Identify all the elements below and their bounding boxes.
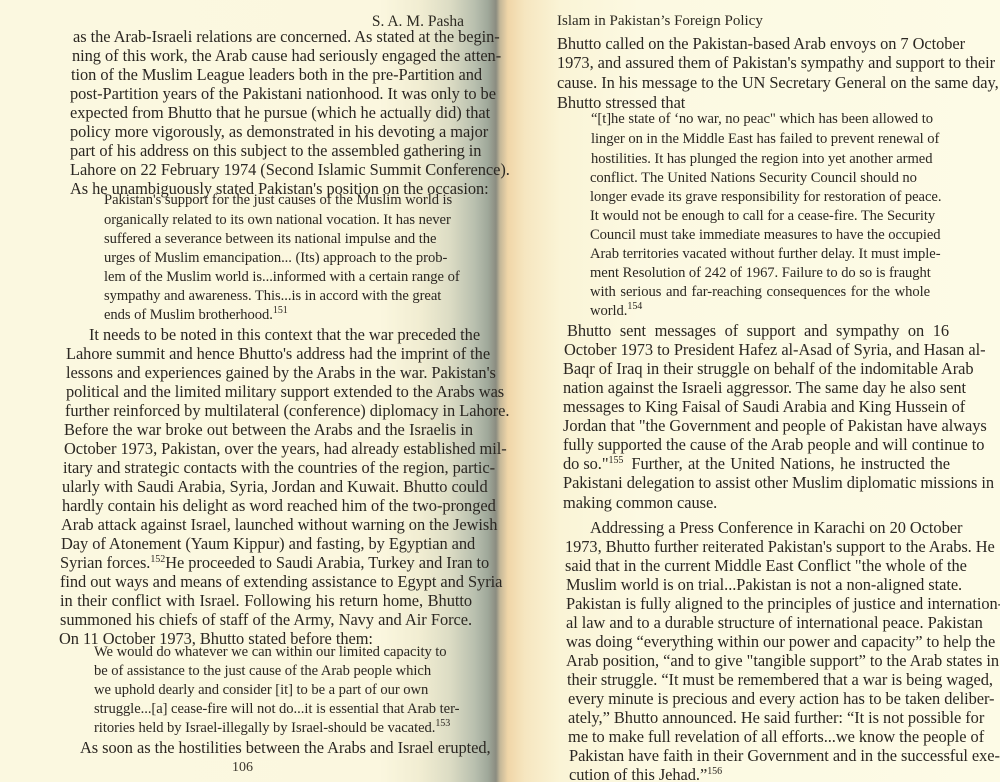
quote-line: sympathy and awareness. This...is in acc… [104, 289, 441, 304]
text-line: every minute is precious and every actio… [568, 691, 952, 707]
quote-line: hostilities. It has plunged the region i… [591, 152, 932, 167]
right-page: Islam in Pakistan’s Foreign Policy Bhutt… [500, 0, 1000, 782]
quote-line: longer evade its grave responsibility fo… [590, 190, 941, 205]
text-line: said that in the current Middle East Con… [565, 558, 951, 574]
text-line: summoned his chiefs of staff of the Army… [60, 612, 472, 628]
text-line: in their conflict with Israel. Following… [60, 593, 472, 609]
quote-line: ritories held by Israel-illegally by Isr… [94, 721, 450, 736]
text-line: al law and to a durable structure of int… [566, 615, 951, 631]
text-line: fully supported the cause of the Arab pe… [563, 437, 950, 453]
text-line: cause. In his message to the UN Secretar… [557, 75, 947, 91]
running-head-title: Islam in Pakistan’s Foreign Policy [557, 13, 763, 30]
quote-line: conflict. The United Nations Security Co… [590, 171, 917, 186]
text-line: Lahore on 22 February 1974 (Second Islam… [70, 162, 473, 178]
text-line: Arab position, “and to give "tangible su… [566, 653, 951, 669]
text-line: ularly with Saudi Arabia, Syria, Jordan … [62, 479, 473, 495]
quote-line: we uphold dearly and consider [it] to be… [94, 683, 428, 698]
text-line: cution of this Jehad.”156 [569, 767, 722, 782]
footnote-ref: 151 [273, 305, 288, 316]
text-line: part of his address on this subject to t… [70, 143, 473, 159]
quote-line: organically related to its own national … [104, 213, 451, 228]
text-line: Arab attack against Israel, launched wit… [61, 517, 473, 533]
text-line: expected from Bhutto that he pursue (whi… [70, 105, 473, 121]
text-line: As soon as the hostilities between the A… [80, 740, 491, 756]
text-line: October 1973 to President Hafez al-Asad … [564, 342, 950, 358]
text-line: Before the war broke out between the Ara… [64, 422, 473, 438]
book-spread: S. A. M. Pasha as the Arab-Israeli relat… [0, 0, 1000, 782]
text-line: Lahore summit and hence Bhutto's address… [66, 346, 473, 362]
text-line: Muslim world is on trial...Pakistan is n… [566, 577, 951, 593]
page-number: 106 [232, 760, 253, 776]
quote-line: with serious and far-reaching consequenc… [590, 285, 930, 300]
quote-line: It would not be enough to call for a cea… [590, 209, 935, 224]
text-line: Bhutto sent messages of support and symp… [567, 323, 949, 339]
quote-line: linger on in the Middle East has failed … [591, 132, 939, 147]
quote-line: Arab territories vacated without further… [590, 247, 941, 262]
text-line: as the Arab-Israeli relations are concer… [73, 29, 473, 45]
quote-line: ment Resolution of 242 of 1967. Failure … [590, 266, 931, 281]
text-line: policy more vigorously, as demonstrated … [70, 124, 473, 140]
text-line: tion of the Muslim League leaders both i… [71, 67, 473, 83]
text-line: Pakistan have faith in their Government … [569, 748, 952, 764]
quote-line: urges of Muslim emancipation... (Its) ap… [104, 251, 447, 266]
text-line: 1973, and assured them of Pakistan's sym… [557, 55, 946, 71]
text-line: Jordan that "the Government and people o… [563, 418, 950, 434]
text-line: Pakistan is fully aligned to the princip… [566, 596, 951, 612]
footnote-ref: 156 [707, 766, 722, 777]
quote-line: struggle...[a] cease-fire will not do...… [94, 702, 448, 717]
text-line: hardly contain his delight as word reach… [62, 498, 473, 514]
text-line: was doing “everything within our power a… [566, 634, 951, 650]
footnote-ref: 152 [150, 554, 165, 565]
text-line: Baqr of Iraq in their struggle on behalf… [563, 361, 950, 377]
text-line: Bhutto stressed that [557, 95, 685, 111]
footnote-ref: 153 [435, 718, 450, 729]
text-line: ning of this work, the Arab cause had se… [72, 48, 473, 64]
text-line: lessons and experiences gained by the Ar… [66, 365, 473, 381]
text-line: Bhutto called on the Pakistan-based Arab… [557, 36, 944, 52]
text-line: October 1973, Pakistan, over the years, … [64, 441, 473, 457]
text-line: ately,” Bhutto announced. He said furthe… [568, 710, 952, 726]
text-line: post-Partition years of the Pakistani na… [70, 86, 473, 102]
text-line: itary and strategic contacts with the co… [63, 460, 473, 476]
text-line: messages to King Faisal of Saudi Arabia … [563, 399, 950, 415]
text-line: further reinforced by multilateral (conf… [65, 403, 473, 419]
quote-line: We would do whatever we can within our l… [94, 645, 447, 660]
text-line: find out ways and means of extending ass… [60, 574, 472, 590]
quote-line: Council must take immediate measures to … [590, 228, 941, 243]
footnote-ref: 154 [627, 301, 642, 312]
text-line: making common cause. [563, 495, 717, 511]
quote-line: lem of the Muslim world is...informed wi… [104, 270, 460, 285]
text-line: do so."155 Further, at the United Nation… [563, 456, 950, 472]
text-line: Addressing a Press Conference in Karachi… [590, 520, 950, 536]
quote-line: Pakistan's support for the just causes o… [104, 193, 452, 208]
text-line: Pakistani delegation to assist other Mus… [563, 475, 950, 491]
text-line: Day of Atonement (Yaum Kippur) and fasti… [61, 536, 473, 552]
text-line: 1973, Bhutto further reiterated Pakistan… [565, 539, 951, 555]
text-line: me to make full revelation of all effort… [568, 729, 952, 745]
quote-line: world.154 [590, 304, 642, 319]
quote-line: be of assistance to the just cause of th… [94, 664, 431, 679]
text-line: It needs to be noted in this context tha… [89, 327, 473, 343]
text-line: their struggle. “It must be remembered t… [567, 672, 951, 688]
text-line: political and the limited military suppo… [66, 384, 473, 400]
text-line: Syrian forces.152 He proceeded to Saudi … [60, 555, 472, 571]
left-page: S. A. M. Pasha as the Arab-Israeli relat… [0, 0, 500, 782]
text-line: nation against the Israeli aggressor. Th… [563, 380, 950, 396]
quote-line: ends of Muslim brotherhood.151 [104, 308, 288, 323]
footnote-ref: 155 [609, 455, 624, 466]
quote-line: suffered a severance between its nationa… [104, 232, 436, 247]
quote-line: “[t]he state of ‘no war, no peac" which … [591, 112, 933, 127]
